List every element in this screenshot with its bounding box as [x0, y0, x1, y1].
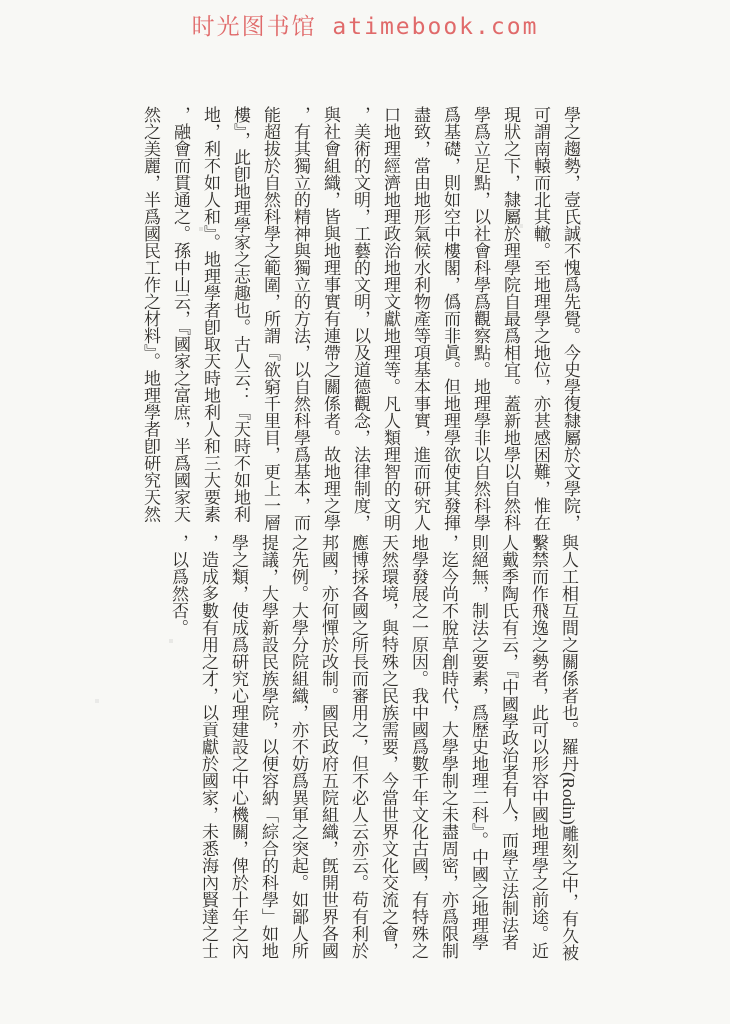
text-block-lower: 與人工相互間之關係者也。羅丹(Rodin)雕刻之中，有久被 繫禁而作飛逸之勢者，…: [163, 534, 583, 966]
library-watermark: 时光图书馆 atimebook.com: [0, 8, 730, 41]
text-column: 人戴季陶氏有云，『中國學政治者有人，而學立法制法者: [493, 534, 523, 966]
text-column: 地，利不如人和』。地理學者卽取天時地利人和三大要素: [195, 106, 225, 536]
text-column: 學之趨勢，壹氏誠不愧爲先覺。今史學復隸屬於文學院，: [555, 106, 585, 536]
text-column: 天然環境，與特殊之民族需要，今當世界文化交流之會，: [373, 534, 403, 966]
text-column: 爲基礎，則如空中樓閣，僞而非眞。但地理學欲使其發揮: [435, 106, 465, 536]
scanned-book-page: 时光图书馆 atimebook.com 學之趨勢，壹氏誠不愧爲先覺。今史學復隸屬…: [0, 0, 730, 1024]
scan-noise-specks: [0, 0, 2, 2]
text-column: 提議，大學新設民族學院，以便容納「綜合的科學」如地理: [253, 534, 283, 966]
text-column: ，迄今尚不脫草創時代，大學學制之未盡周密，亦爲限制: [433, 534, 463, 966]
text-column: 現狀之下，隸屬於理學院自最爲相宜。蓋新地學以自然科: [495, 106, 525, 536]
text-column: ，美術的文明，工藝的文明，以及道德觀念，法律制度，: [345, 106, 375, 536]
text-column: ，融會而貫通之。孫中山云，『國家之富庶，半爲國家天: [165, 106, 195, 536]
text-column: 然之美麗，半爲國民工作之材料』。地理學者卽硏究天然: [135, 106, 165, 536]
text-column: 則絕無，制法之要素，爲歷史地理二科』。中國之地理學: [463, 534, 493, 966]
text-block-upper: 學之趨勢，壹氏誠不愧爲先覺。今史學復隸屬於文學院， 可謂南轅而北其轍。至地理學之…: [135, 106, 585, 536]
text-column: 樓』，此卽地理學家之志趣也。古人云：『天時不如地利: [225, 106, 255, 536]
text-column: 與社會組織，皆與地理事實有連帶之關係者。故地理之學: [315, 106, 345, 536]
text-column: 學之類，使成爲硏究心理建設之中心機關，俾於十年之內: [223, 534, 253, 966]
text-column: 之先例。大學分院組織，亦不妨爲異軍之突起。如鄙人所: [283, 534, 313, 966]
text-column: 盡致，當由地形氣候水利物產等項基本事實，進而研究人: [405, 106, 435, 536]
text-column: 口地理經濟地理政治地理文獻地理等。凡人類理智的文明: [375, 106, 405, 536]
text-column: 與人工相互間之關係者也。羅丹(Rodin)雕刻之中，有久被: [553, 534, 583, 966]
text-column: 可謂南轅而北其轍。至地理學之地位，亦甚感困難，惟在: [525, 106, 555, 536]
text-column: 地學發展之一原因。我中國爲數千年文化古國，有特殊之: [403, 534, 433, 966]
text-column: 邦國，亦何憚於改制。國民政府五院組織，旣開世界各國: [313, 534, 343, 966]
text-column: 應博採各國之所長而審用之，但不必人云亦云。苟有利於: [343, 534, 373, 966]
text-column: 能超拔於自然科學之範圍，所謂『欲窮千里目，更上一層: [255, 106, 285, 536]
text-column: 學爲立足點，以社會科學爲觀察點。地理學非以自然科學: [465, 106, 495, 536]
text-column: 繫禁而作飛逸之勢者，此可以形容中國地理學之前途。近: [523, 534, 553, 966]
text-column: ，造成多數有用之才，以貢獻於國家，未悉海內賢達之士: [193, 534, 223, 966]
text-column: ，有其獨立的精神與獨立的方法，以自然科學爲基本，而: [285, 106, 315, 536]
text-column: ，以爲然否。: [163, 534, 193, 966]
